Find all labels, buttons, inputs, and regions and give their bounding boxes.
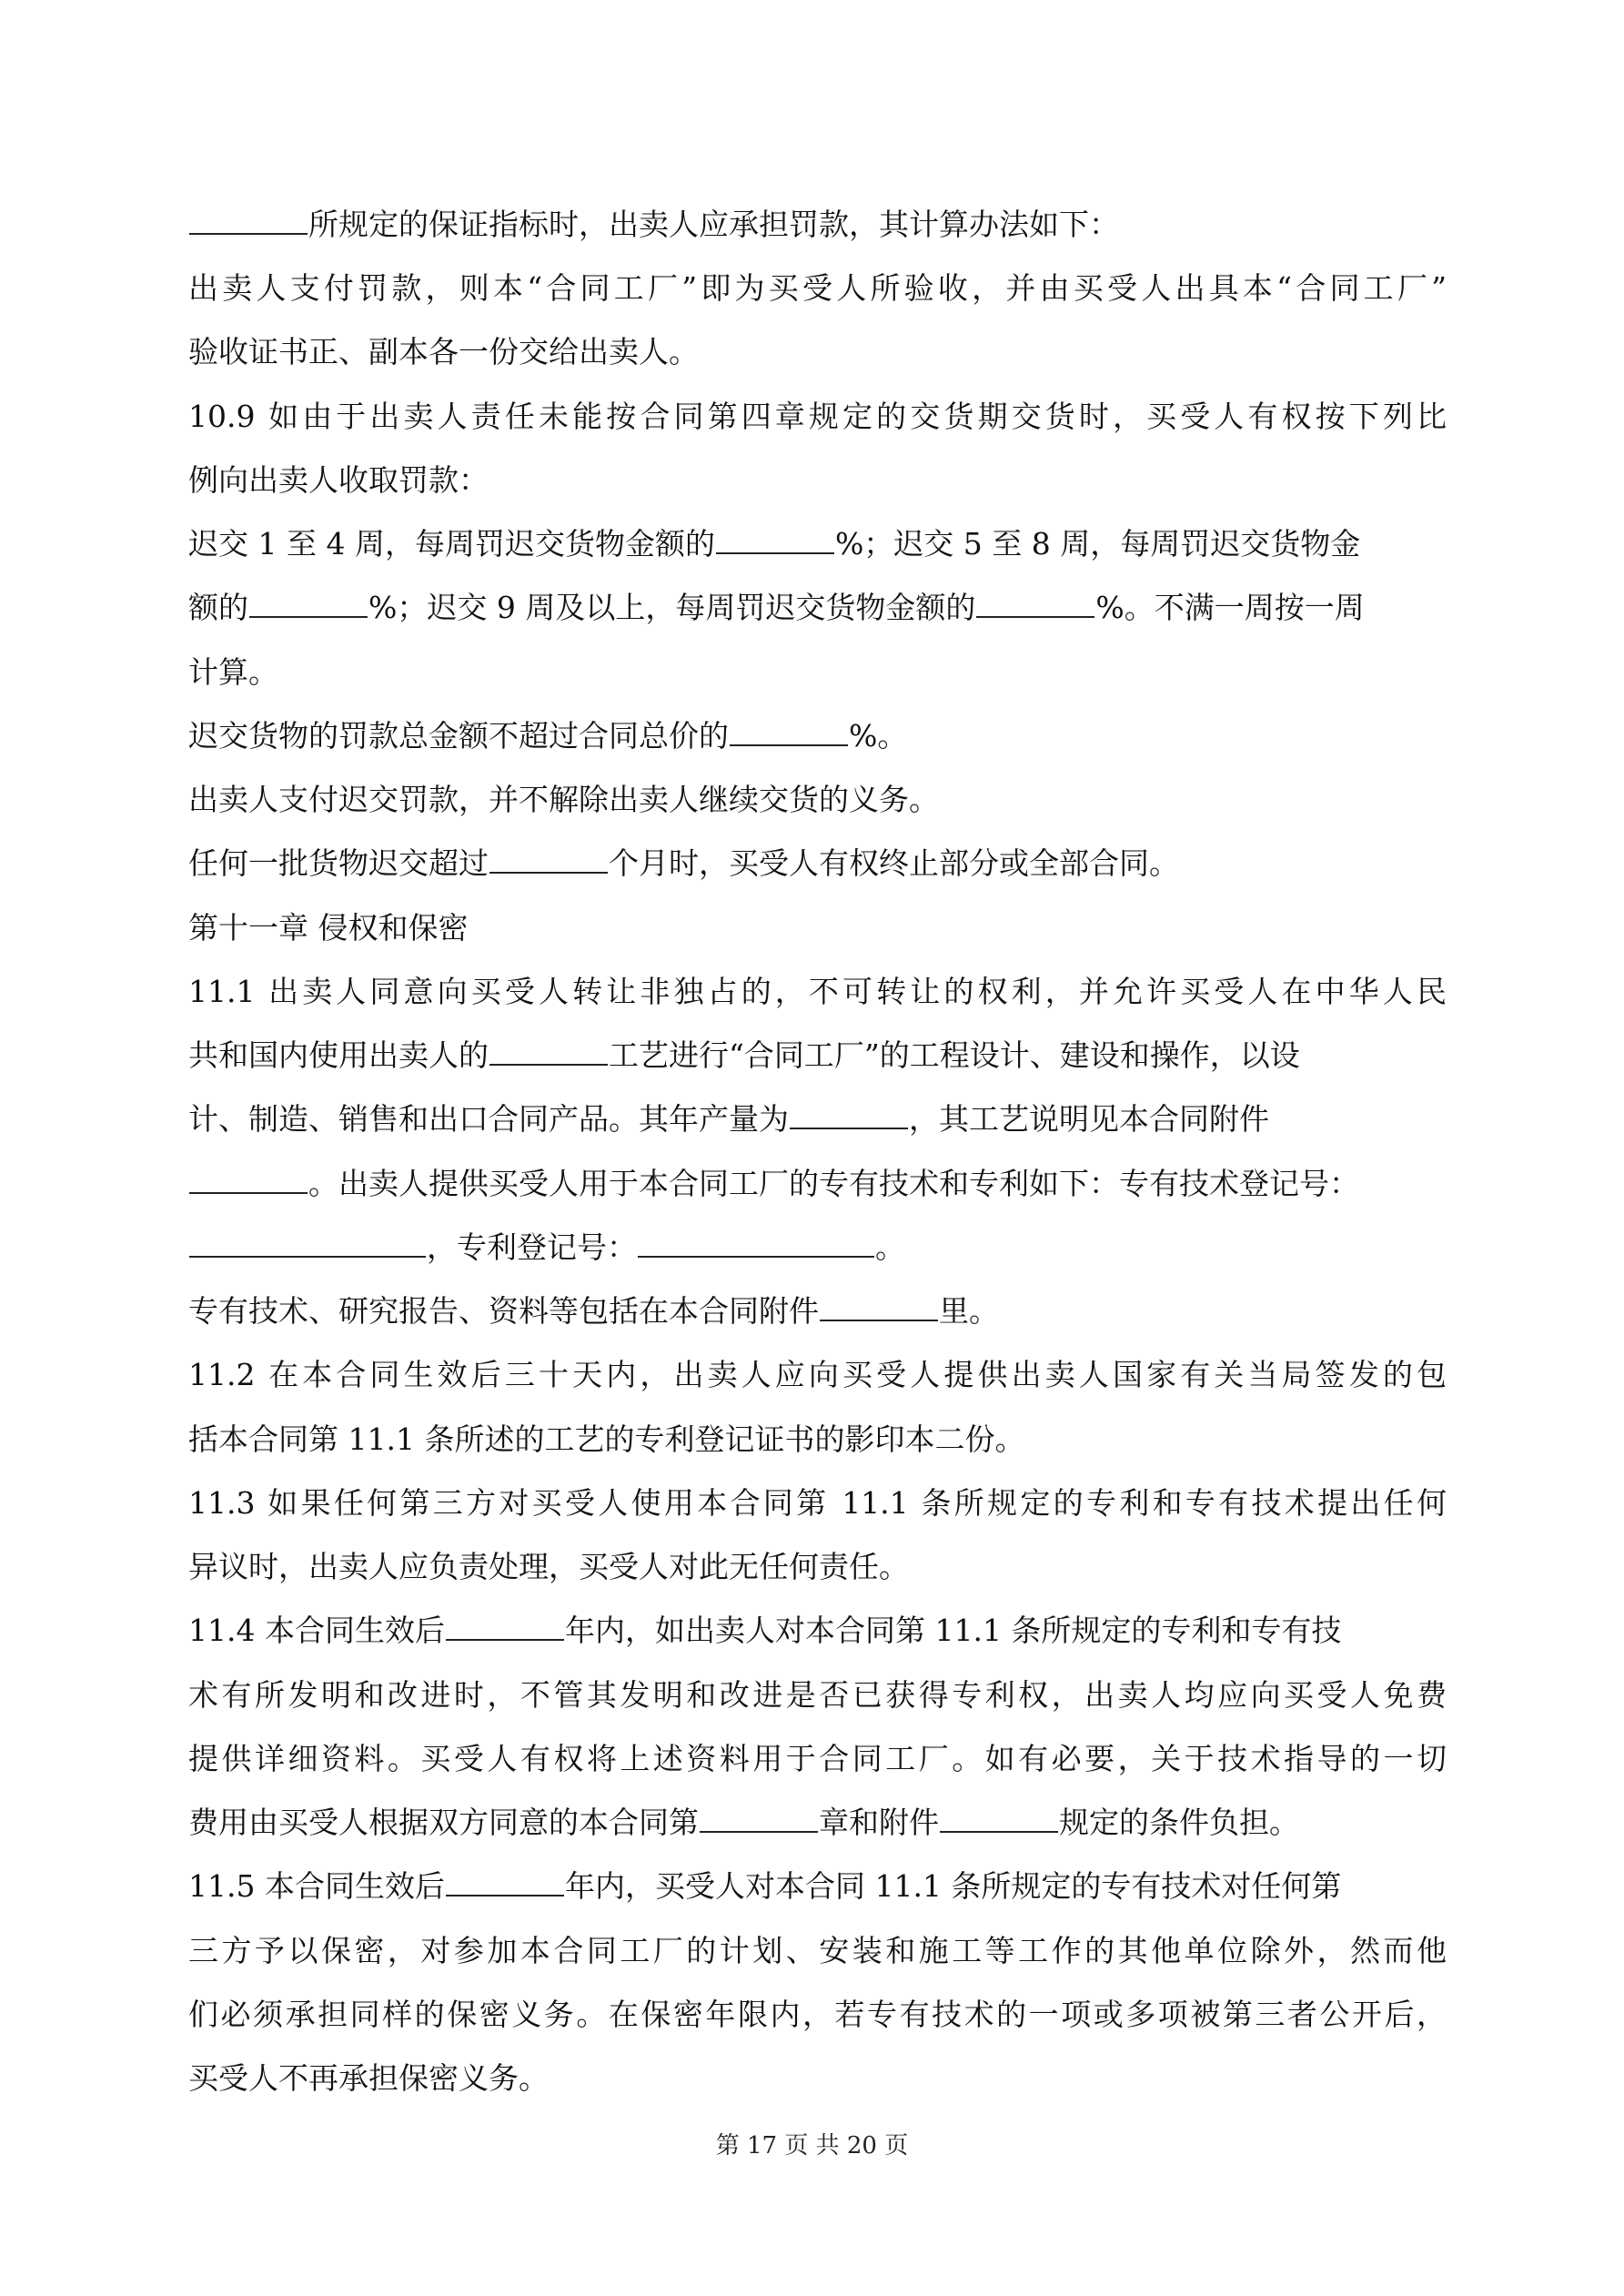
- text-line: 提供详细资料。买受人有权将上述资料用于合同工厂。如有必要，关于技术指导的一切: [188, 1736, 1447, 1782]
- text-line: 们必须承担同样的保密义务。在保密年限内，若专有技术的一项或多项被第三者公开后，: [188, 1992, 1447, 2038]
- text-line: 出卖人支付迟交罚款，并不解除出卖人继续交货的义务。: [188, 777, 1447, 823]
- text-line: 买受人不再承担保密义务。: [188, 2056, 1447, 2101]
- blank-field: [700, 1800, 818, 1833]
- clause-11-4: 11.4 本合同生效后年内，如出卖人对本合同第 11.1 条所规定的专利和专有技: [188, 1608, 1447, 1654]
- line-text: 年内，如出卖人对本合同第 11.1 条所规定的专利和专有技: [565, 1613, 1341, 1648]
- blank-field: [489, 1033, 608, 1066]
- line-text: %。不满一周按一周: [1095, 590, 1364, 625]
- text-line: 共和国内使用出卖人的工艺进行“合同工厂”的工程设计、建设和操作，以设: [188, 1033, 1447, 1078]
- blank-field: [446, 1608, 564, 1641]
- text-line: 迟交 1 至 4 周，每周罚迟交货物金额的%；迟交 5 至 8 周，每周罚迟交货…: [188, 521, 1447, 567]
- blank-field: [976, 585, 1094, 618]
- text-line: 出卖人支付罚款，则本“合同工厂”即为买受人所验收，并由买受人出具本“合同工厂”: [188, 266, 1447, 311]
- clause-11-5: 11.5 本合同生效后年内，买受人对本合同 11.1 条所规定的专有技术对任何第: [188, 1864, 1447, 1909]
- line-text: 。: [875, 1229, 905, 1265]
- text-line: 验收证书正、副本各一份交给出卖人。: [188, 329, 1447, 375]
- blank-field: [489, 841, 608, 874]
- blank-field: [940, 1800, 1058, 1833]
- text-line: 所规定的保证指标时，出卖人应承担罚款，其计算办法如下：: [188, 202, 1447, 248]
- text-line: 迟交货物的罚款总金额不超过合同总价的%。: [188, 713, 1447, 759]
- blank-field: [638, 1225, 874, 1258]
- blank-field: [189, 202, 308, 235]
- line-text: 。出卖人提供买受人用于本合同工厂的专有技术和专利如下：专有技术登记号：: [308, 1166, 1359, 1201]
- blank-field: [189, 1161, 308, 1194]
- blank-field: [790, 1097, 908, 1129]
- line-text: 任何一批货物迟交超过: [188, 845, 489, 881]
- chapter-heading: 第十一章 侵权和保密: [188, 905, 1447, 951]
- blank-field: [249, 585, 368, 618]
- text-line: 额的%；迟交 9 周及以上，每周罚迟交货物金额的%。不满一周按一周: [188, 585, 1447, 631]
- text-line: 术有所发明和改进时，不管其发明和改进是否已获得专利权，出卖人均应向买受人免费: [188, 1673, 1447, 1718]
- line-text: 所规定的保证指标时，出卖人应承担罚款，其计算办法如下：: [308, 207, 1119, 242]
- blank-field: [820, 1289, 938, 1321]
- line-text: 工艺进行“合同工厂”的工程设计、建设和操作，以设: [609, 1037, 1300, 1073]
- line-text: 迟交货物的罚款总金额不超过合同总价的: [188, 718, 729, 754]
- text-line: 括本合同第 11.1 条所述的工艺的专利登记证书的影印本二份。: [188, 1417, 1447, 1462]
- text-line: 计、制造、销售和出口合同产品。其年产量为，其工艺说明见本合同附件: [188, 1097, 1447, 1142]
- document-page: 所规定的保证指标时，出卖人应承担罚款，其计算办法如下： 出卖人支付罚款，则本“合…: [0, 0, 1624, 2296]
- line-text: %。: [849, 718, 907, 754]
- text-line: 计算。: [188, 650, 1447, 695]
- line-text: 里。: [939, 1293, 999, 1329]
- clause-11-3: 11.3 如果任何第三方对买受人使用本合同第 11.1 条所规定的专利和专有技术…: [188, 1481, 1447, 1526]
- line-text: %；迟交 9 周及以上，每周罚迟交货物金额的: [368, 590, 975, 625]
- line-text: 计、制造、销售和出口合同产品。其年产量为: [188, 1101, 789, 1137]
- text-line: ，专利登记号：。: [188, 1225, 1447, 1270]
- clause-10-9: 10.9 如由于出卖人责任未能按合同第四章规定的交货期交货时，买受人有权按下列比: [188, 394, 1447, 440]
- blank-field: [716, 521, 834, 554]
- line-text: 额的: [188, 590, 248, 625]
- line-text: 迟交 1 至 4 周，每周罚迟交货物金额的: [188, 526, 715, 561]
- line-text: ，其工艺说明见本合同附件: [909, 1101, 1269, 1137]
- line-text: 年内，买受人对本合同 11.1 条所规定的专有技术对任何第: [565, 1868, 1341, 1904]
- line-text: 专有技术、研究报告、资料等包括在本合同附件: [188, 1293, 819, 1329]
- text-line: 异议时，出卖人应负责处理，买受人对此无任何责任。: [188, 1544, 1447, 1590]
- text-line: 例向出卖人收取罚款：: [188, 458, 1447, 503]
- line-text: ，专利登记号：: [427, 1229, 637, 1265]
- text-line: 专有技术、研究报告、资料等包括在本合同附件里。: [188, 1289, 1447, 1334]
- text-line: 费用由买受人根据双方同意的本合同第章和附件规定的条件负担。: [188, 1800, 1447, 1846]
- clause-11-1: 11.1 出卖人同意向买受人转让非独占的，不可转让的权利，并允许买受人在中华人民: [188, 969, 1447, 1015]
- text-line: 三方予以保密，对参加本合同工厂的计划、安装和施工等工作的其他单位除外，然而他: [188, 1928, 1447, 1974]
- text-line: 任何一批货物迟交超过个月时，买受人有权终止部分或全部合同。: [188, 841, 1447, 886]
- page-number-footer: 第 17 页 共 20 页: [0, 2128, 1624, 2164]
- line-text: %；迟交 5 至 8 周，每周罚迟交货物金: [835, 526, 1360, 561]
- text-line: 。出卖人提供买受人用于本合同工厂的专有技术和专利如下：专有技术登记号：: [188, 1161, 1447, 1207]
- line-text: 章和附件: [819, 1805, 939, 1840]
- line-text: 11.5 本合同生效后: [188, 1868, 445, 1904]
- line-text: 共和国内使用出卖人的: [188, 1037, 489, 1073]
- line-text: 规定的条件负担。: [1059, 1805, 1299, 1840]
- blank-field: [189, 1225, 426, 1258]
- blank-field: [446, 1864, 564, 1896]
- line-text: 11.4 本合同生效后: [188, 1613, 445, 1648]
- blank-field: [730, 713, 848, 746]
- clause-11-2: 11.2 在本合同生效后三十天内，出卖人应向买受人提供出卖人国家有关当局签发的包: [188, 1352, 1447, 1398]
- line-text: 费用由买受人根据双方同意的本合同第: [188, 1805, 699, 1840]
- line-text: 个月时，买受人有权终止部分或全部合同。: [609, 845, 1179, 881]
